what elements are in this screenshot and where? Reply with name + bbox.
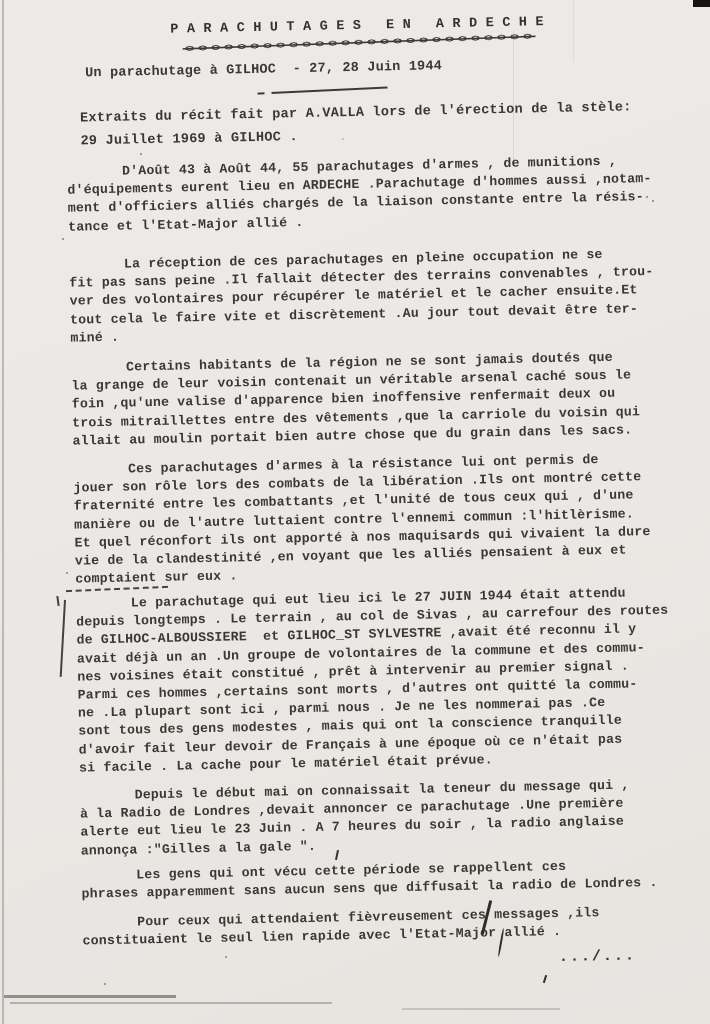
scan-corner-artifact	[693, 0, 710, 7]
continuation-mark: .../...	[559, 947, 636, 966]
paragraph-4: Ces parachutages d'armes à la résistance…	[73, 450, 671, 589]
paragraph-5: Le parachutage qui eut lieu ici le 27 JU…	[76, 584, 676, 778]
paragraph-6: Depuis le début mai on connaissait la te…	[79, 776, 676, 861]
paragraph-2: La réception de ces parachutages en plei…	[69, 245, 667, 348]
bottom-smudge-2	[10, 1002, 332, 1004]
paragraph-1: D'Août 43 à Août 44, 55 parachutages d'a…	[67, 152, 664, 237]
document-subtitle: Un parachutage à GILHOC - 27, 28 Juin 19…	[85, 59, 442, 81]
page-left-edge	[2, 0, 4, 1024]
typewritten-content: P A R A C H U T A G E S E N A R D E C H …	[0, 0, 710, 1024]
paragraph-7: Les gens qui ont vécu cette période se r…	[81, 856, 678, 904]
paper-crease	[513, 32, 514, 160]
bottom-smudge-3	[402, 1008, 560, 1010]
byline: Extraits du récit fait par A.VALLA lors …	[80, 96, 632, 153]
scanned-document-page: P A R A C H U T A G E S E N A R D E C H …	[0, 0, 710, 1024]
paragraph-3: Certains habitants de la région ne se so…	[71, 348, 669, 451]
paper-crease-top	[573, 0, 574, 62]
subtitle-divider	[258, 86, 388, 94]
paragraph-8: Pour ceux qui attendaient fièvreusement …	[82, 903, 679, 951]
bottom-smudge-1	[4, 995, 176, 998]
